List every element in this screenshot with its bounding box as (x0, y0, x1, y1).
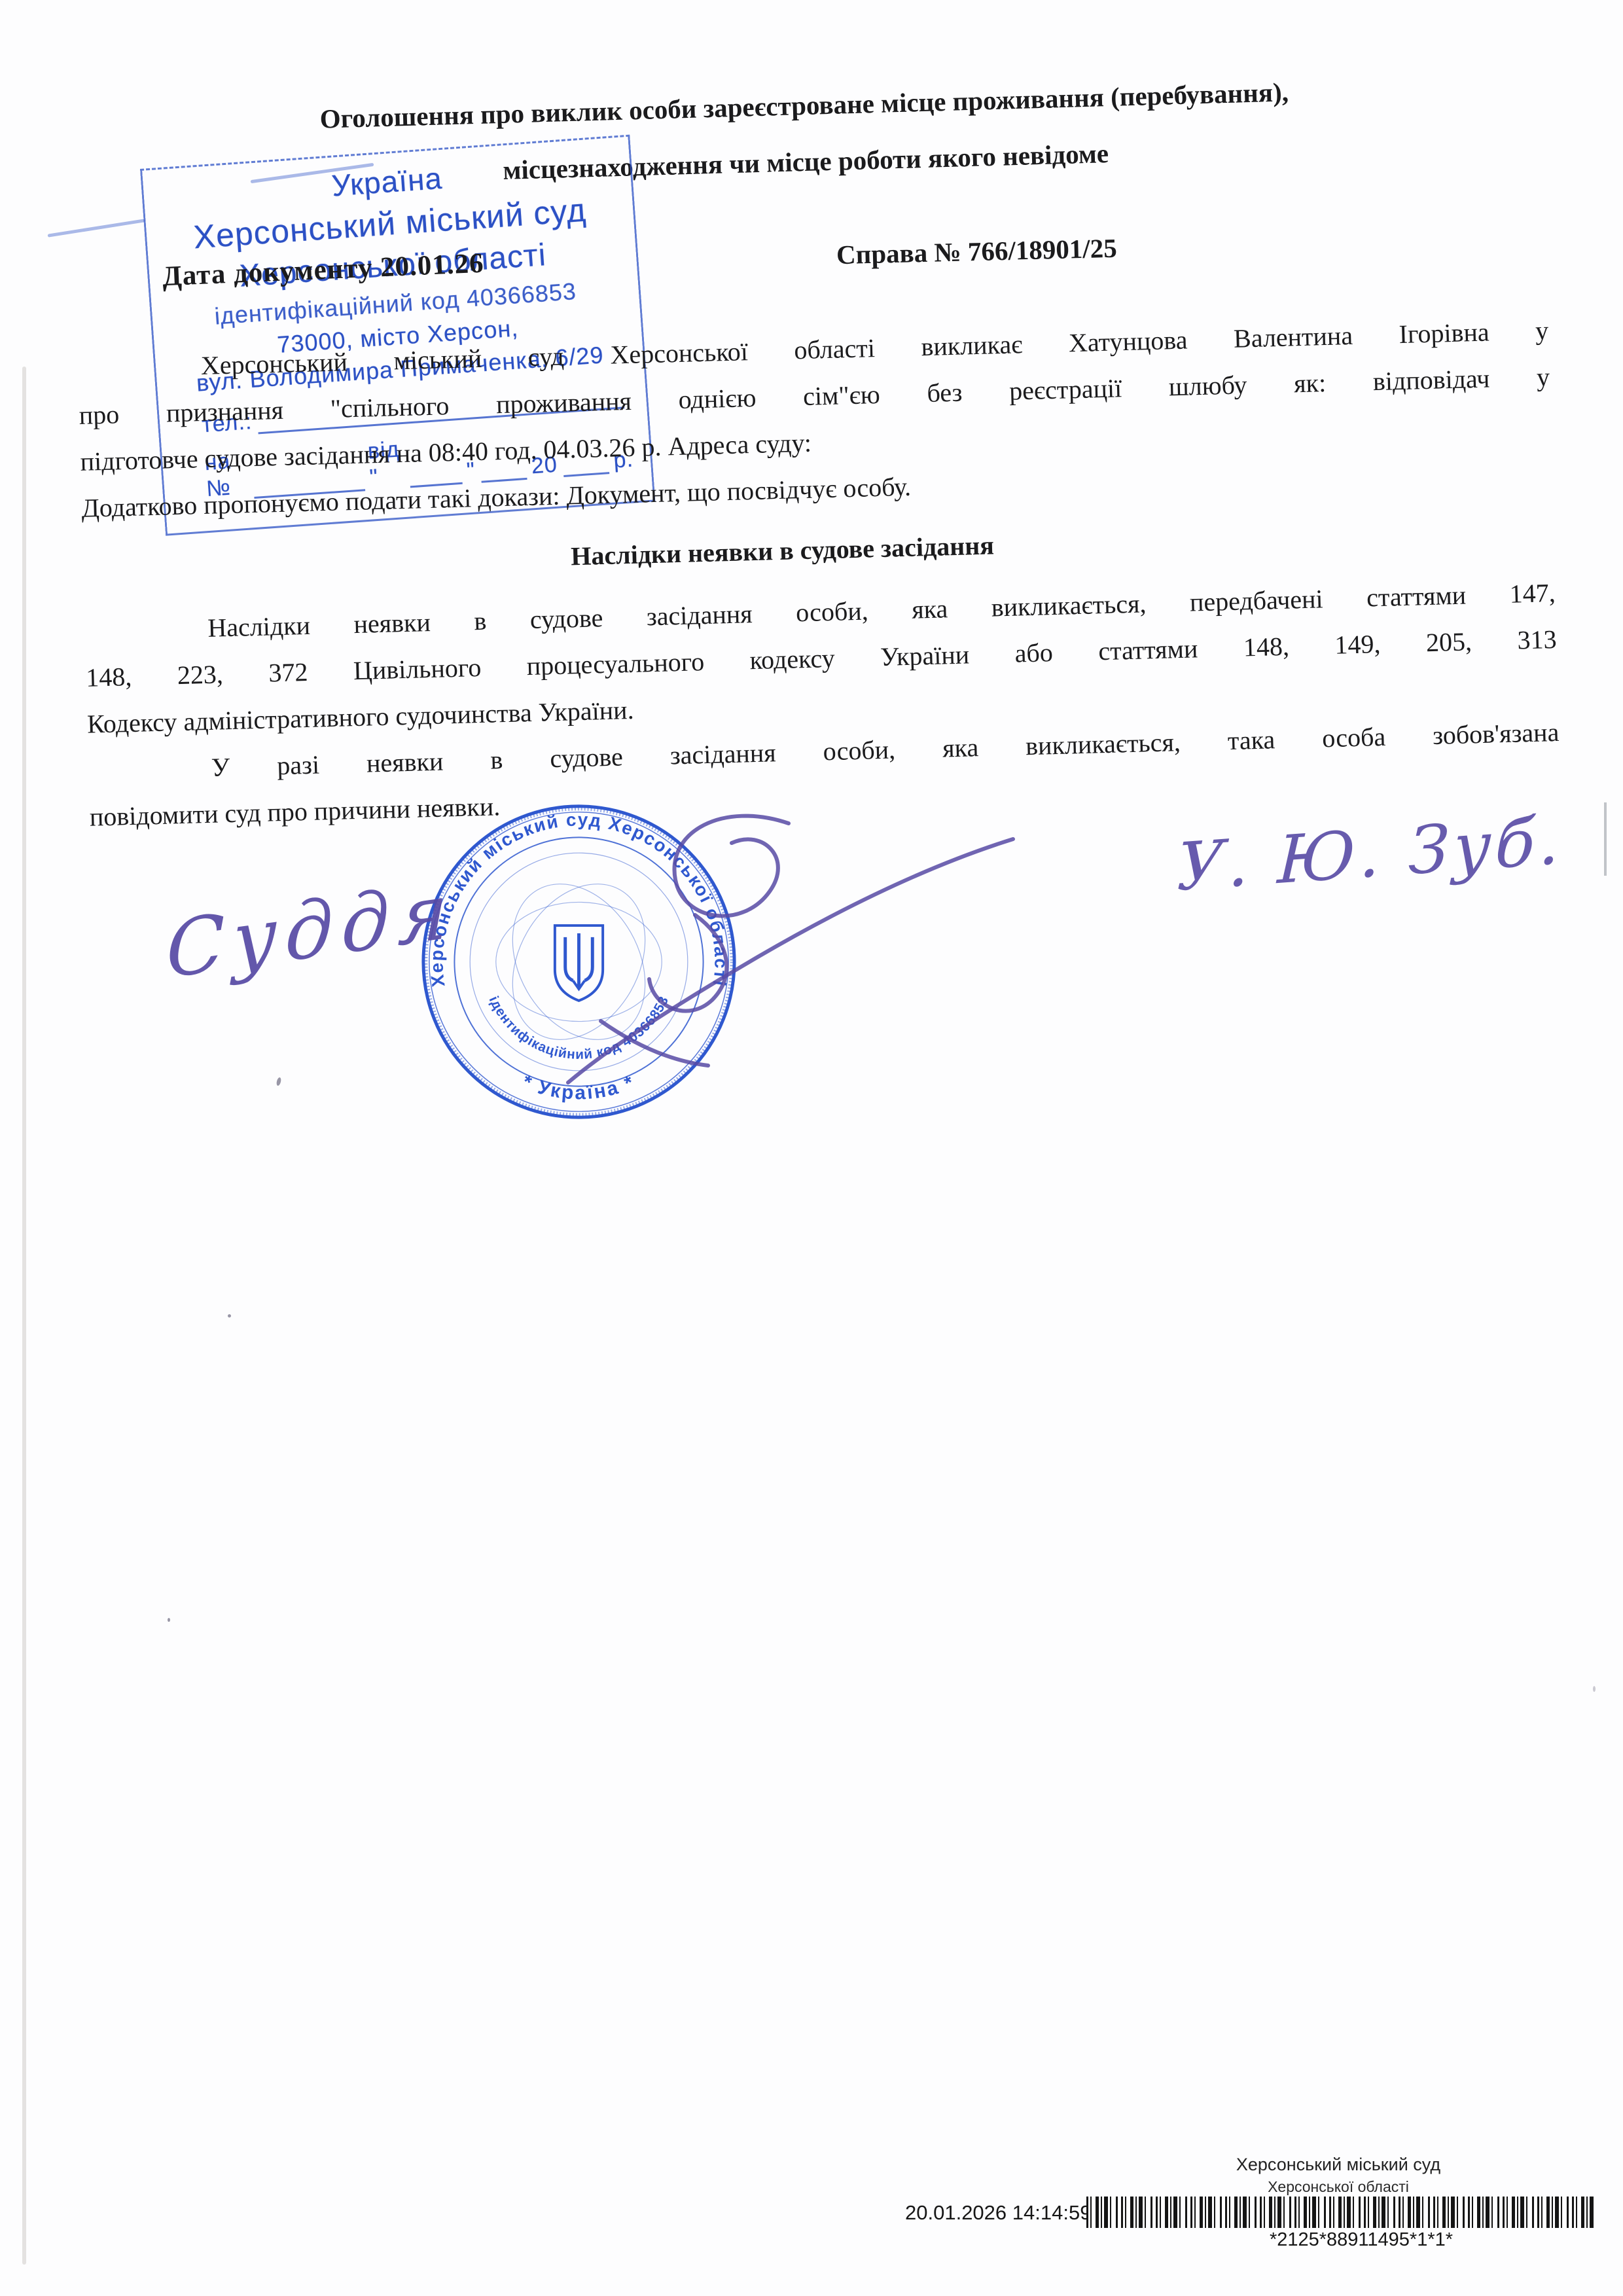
seal-guilloche-ring (470, 853, 688, 1071)
judge-signature-strokes (568, 816, 1013, 1083)
seal-outer-ring (423, 806, 734, 1117)
seal-guilloche-ellipse (496, 902, 662, 1021)
svg-text:ідентифікаційний код 40366853: ідентифікаційний код 40366853 (486, 994, 672, 1062)
seal-guilloche-ellipse (486, 860, 671, 1064)
svg-text:Херсонський міський суд Херсон: Херсонський міський суд Херсонської обла… (426, 809, 731, 988)
seal-inner-ring (429, 812, 728, 1111)
footer-timestamp: 20.01.2026 14:14:59 (905, 2201, 1091, 2225)
tryzub-emblem (555, 925, 603, 1001)
seal-guilloche-ellipse (486, 860, 671, 1064)
scan-artifact-speck (228, 1314, 231, 1318)
scan-artifact-right-line (1604, 802, 1607, 876)
seal-id-code-text: ідентифікаційний код 40366853 (486, 994, 672, 1062)
case-number: Справа № 766/18901/25 (836, 232, 1117, 270)
scan-artifact-blue-dash (48, 219, 145, 237)
footer-court-line-2: Херсонської області (1073, 2178, 1603, 2196)
seal-bottom-text: * Україна * (519, 1071, 638, 1103)
round-seal: Херсонський міський суд Херсонської обла… (423, 806, 734, 1117)
barcode-value: *2125*88911495*1*1* (1171, 2229, 1551, 2251)
scan-artifact-speck (168, 1618, 170, 1622)
scan-artifact-left-streak (22, 367, 26, 2265)
seal-text-ring (454, 837, 703, 1086)
scan-artifact-speck (276, 1077, 282, 1086)
svg-text:* Україна *: * Україна * (519, 1071, 638, 1103)
seal-tick-band (425, 808, 732, 1115)
scanned-court-document-page: Оголошення про виклик особи зареєстрован… (0, 0, 1623, 2296)
seal-ring-text: Херсонський міський суд Херсонської обла… (426, 809, 731, 988)
barcode (1086, 2197, 1594, 2228)
footer-court-line-1: Херсонський міський суд (1073, 2155, 1603, 2175)
body-text: Херсонський міський суд Херсонської обла… (77, 307, 1561, 840)
judge-label-handwritten: Суддя (166, 864, 455, 996)
scan-artifact-speck (1593, 1686, 1596, 1692)
judge-name-handwritten: У. Ю. Зуб. (1176, 802, 1565, 906)
